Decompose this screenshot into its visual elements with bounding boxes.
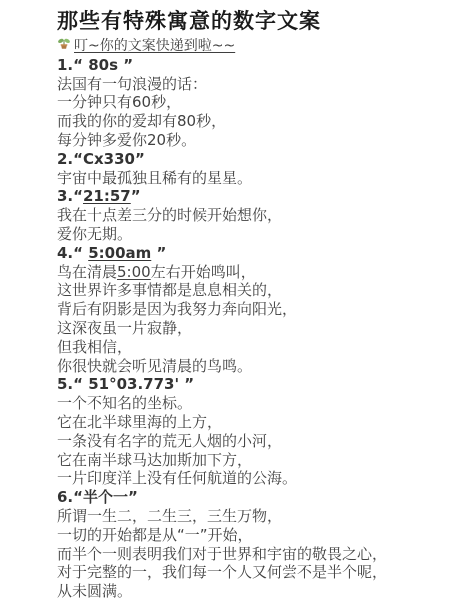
text-line: 每分钟多爱你20秒。 xyxy=(57,131,421,150)
text-line: 而我的你的爱却有80秒， xyxy=(57,112,421,131)
text-line: 一切的开始都是从“一”开始， xyxy=(57,526,421,545)
text-line: 法国有一句浪漫的话： xyxy=(57,75,421,94)
text-segment: ” xyxy=(151,244,166,262)
text-segment: 所谓一生二，二生三，三生万物， xyxy=(57,507,282,525)
text-line: 所谓一生二，二生三，三生万物， xyxy=(57,507,421,526)
text-segment: 4.“ xyxy=(57,244,88,262)
page-title: 那些有特殊寓意的数字文案 xyxy=(57,6,421,36)
text-line: 宇宙中最孤独且稀有的星星。 xyxy=(57,169,421,188)
section-heading: 6.“半个一” xyxy=(57,488,421,507)
text-segment: ” xyxy=(131,187,141,205)
section-heading: 3.“21:57” xyxy=(57,187,421,206)
text-segment: 宇宙中最孤独且稀有的星星。 xyxy=(57,169,252,187)
text-segment: 而我的你的爱却有80秒， xyxy=(57,112,226,130)
text-line: 爱你无期。 xyxy=(57,225,421,244)
text-line: 我在十点差三分的时候开始想你， xyxy=(57,206,421,225)
text-segment: 从未圆满。 xyxy=(57,582,132,600)
text-segment: 一片印度洋上没有任何航道的公海。 xyxy=(57,469,297,487)
document-page: 那些有特殊寓意的数字文案 叮~你的文案快递到啦~~ 1.“ 80s ”法国有一句… xyxy=(0,0,449,600)
subtitle-link[interactable]: 叮~你的文案快递到啦~~ xyxy=(57,36,421,56)
text-line: 背后有阴影是因为我努力奔向阳光， xyxy=(57,300,421,319)
text-line: 一片印度洋上没有任何航道的公海。 xyxy=(57,469,421,488)
text-line: 你很快就会听见清晨的鸟鸣。 xyxy=(57,357,421,376)
detected-time-link[interactable]: 5:00am xyxy=(88,244,151,262)
detected-time-link[interactable]: 5:00 xyxy=(117,263,151,281)
potted-plant-icon xyxy=(57,36,71,56)
subtitle-text[interactable]: 叮~你的文案快递到啦~~ xyxy=(74,37,235,56)
section-heading: 4.“ 5:00am ” xyxy=(57,244,421,263)
text-segment: 一切的开始都是从“一”开始， xyxy=(57,526,253,544)
text-segment: 鸟在清晨 xyxy=(57,263,117,281)
sections-container: 1.“ 80s ”法国有一句浪漫的话：一分钟只有60秒，而我的你的爱却有80秒，… xyxy=(57,56,421,600)
text-segment: 2.“Cx330” xyxy=(57,150,145,168)
text-segment: 我在十点差三分的时候开始想你， xyxy=(57,206,282,224)
text-segment: 6.“半个一” xyxy=(57,488,138,506)
text-line: 对于完整的一，我们每一个人又何尝不是半个呢， xyxy=(57,563,421,582)
text-segment: 一条没有名字的荒无人烟的小河， xyxy=(57,432,282,450)
text-segment: 对于完整的一，我们每一个人又何尝不是半个呢， xyxy=(57,563,387,581)
text-line: 而半个一则表明我们对于世界和宇宙的敬畏之心， xyxy=(57,545,421,564)
text-line: 这世界许多事情都是息息相关的， xyxy=(57,281,421,300)
text-line: 它在南半球马达加斯加下方， xyxy=(57,451,421,470)
text-segment: 左右开始鸣叫， xyxy=(151,263,256,281)
text-segment: 每分钟多爱你20秒。 xyxy=(57,131,196,149)
text-segment: 爱你无期。 xyxy=(57,225,132,243)
text-line: 一条没有名字的荒无人烟的小河， xyxy=(57,432,421,451)
text-segment: 3.“ xyxy=(57,187,83,205)
text-line: 它在北半球里海的上方， xyxy=(57,413,421,432)
text-segment: 一分钟只有60秒， xyxy=(57,93,181,111)
text-segment: 一个不知名的坐标。 xyxy=(57,394,192,412)
text-segment: 5.“ 51°03.773' ” xyxy=(57,375,194,393)
text-line: 一分钟只有60秒， xyxy=(57,93,421,112)
text-segment: 你很快就会听见清晨的鸟鸣。 xyxy=(57,357,252,375)
text-line: 从未圆满。 xyxy=(57,582,421,600)
detected-time-link[interactable]: 21:57 xyxy=(83,187,131,205)
text-segment: 这世界许多事情都是息息相关的， xyxy=(57,281,282,299)
text-segment: 它在南半球马达加斯加下方， xyxy=(57,451,252,469)
text-segment: 这深夜虽一片寂静， xyxy=(57,319,192,337)
text-segment: 法国有一句浪漫的话： xyxy=(57,75,207,93)
section-heading: 2.“Cx330” xyxy=(57,150,421,169)
text-line: 鸟在清晨5:00左右开始鸣叫， xyxy=(57,263,421,282)
text-line: 一个不知名的坐标。 xyxy=(57,394,421,413)
text-segment: 但我相信， xyxy=(57,338,132,356)
text-line: 这深夜虽一片寂静， xyxy=(57,319,421,338)
section-heading: 1.“ 80s ” xyxy=(57,56,421,75)
section-heading: 5.“ 51°03.773' ” xyxy=(57,375,421,394)
text-line: 但我相信， xyxy=(57,338,421,357)
text-segment: 1.“ 80s ” xyxy=(57,56,133,74)
text-segment: 背后有阴影是因为我努力奔向阳光， xyxy=(57,300,297,318)
text-segment: 而半个一则表明我们对于世界和宇宙的敬畏之心， xyxy=(57,545,387,563)
text-segment: 它在北半球里海的上方， xyxy=(57,413,222,431)
